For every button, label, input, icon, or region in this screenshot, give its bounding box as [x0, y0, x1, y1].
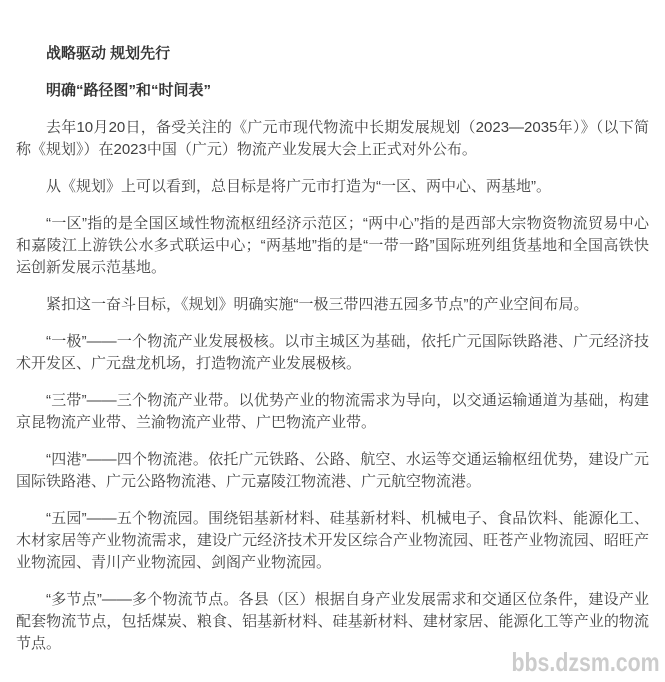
- article-page: 战略驱动 规划先行 明确“路径图”和“时间表” 去年10月20日，备受关注的《广…: [0, 0, 665, 682]
- article-paragraph-overall-goal: 从《规划》上可以看到，总目标是将广元市打造为“一区、两中心、两基地”。: [16, 176, 649, 198]
- article-subheading-roadmap: 明确“路径图”和“时间表”: [16, 80, 649, 102]
- article-paragraph-multi-nodes: “多节点”——多个物流节点。各县（区）根据自身产业发展需求和交通区位条件，建设产…: [16, 589, 649, 655]
- article-paragraph-one-zone-definition: “一区”指的是全国区域性物流枢纽经济示范区；“两中心”指的是西部大宗物资物流贸易…: [16, 213, 649, 279]
- article-paragraph-one-core: “一极”——一个物流产业发展极核。以市主城区为基础，依托广元国际铁路港、广元经济…: [16, 331, 649, 375]
- article-subheading-strategy: 战略驱动 规划先行: [16, 43, 649, 65]
- article-body: 战略驱动 规划先行 明确“路径图”和“时间表” 去年10月20日，备受关注的《广…: [16, 43, 649, 655]
- article-paragraph-four-ports: “四港”——四个物流港。依托广元铁路、公路、航空、水运等交通运输枢纽优势，建设广…: [16, 449, 649, 493]
- article-paragraph-announcement: 去年10月20日，备受关注的《广元市现代物流中长期发展规划（2023—2035年…: [16, 117, 649, 161]
- site-watermark: bbs.dzsm.com: [512, 647, 660, 678]
- article-paragraph-three-belts: “三带”——三个物流产业带。以优势产业的物流需求为导向，以交通运输通道为基础，构…: [16, 390, 649, 434]
- article-paragraph-five-parks: “五园”——五个物流园。围绕铝基新材料、硅基新材料、机械电子、食品饮料、能源化工…: [16, 508, 649, 574]
- article-paragraph-spatial-layout: 紧扣这一奋斗目标，《规划》明确实施“一极三带四港五园多节点”的产业空间布局。: [16, 294, 649, 316]
